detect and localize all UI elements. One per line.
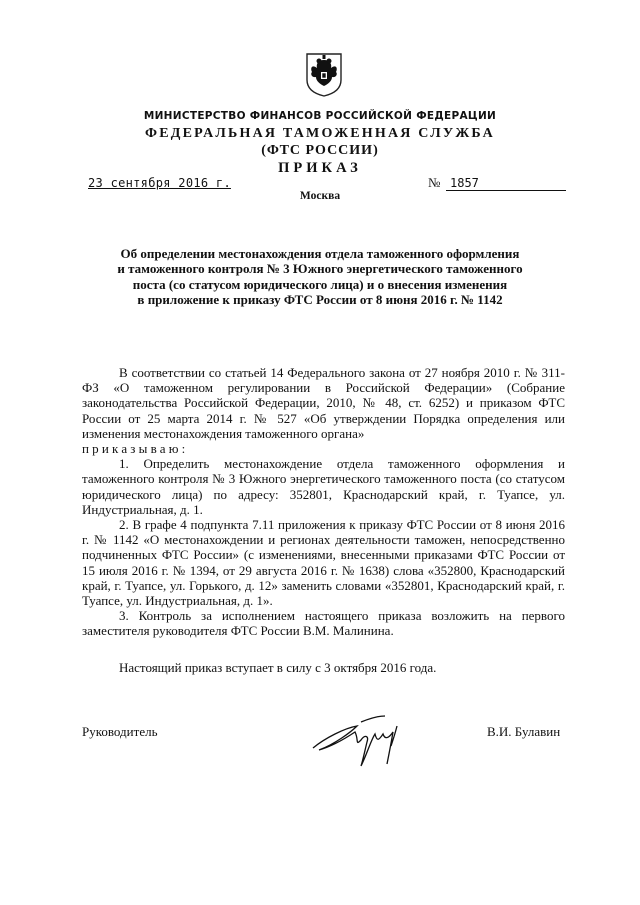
signatory-name: В.И. Булавин [487,724,560,740]
russian-coat-of-arms-icon [304,50,344,98]
document-title: Об определении местонахождения отдела та… [100,246,540,307]
order-number: 1857 [446,176,566,191]
order-item-1: 1. Определить местонахождение отдела там… [82,456,565,517]
title-line: поста (со статусом юридического лица) и … [100,277,540,292]
agency-name: ФЕДЕРАЛЬНАЯ ТАМОЖЕННАЯ СЛУЖБА [0,126,640,142]
title-line: Об определении местонахождения отдела та… [100,246,540,261]
handwritten-signature-icon [305,710,425,770]
number-label: № [428,175,440,191]
order-item-2: 2. В графе 4 подпункта 7.11 приложения к… [82,517,565,608]
order-item-3: 3. Контроль за исполнением настоящего пр… [82,608,565,638]
order-word: приказываю: [82,441,565,456]
order-date: 23 сентября 2016 г. [88,176,231,190]
document-type: ПРИКАЗ [0,160,640,177]
title-line: и таможенного контроля № 3 Южного энерге… [100,261,540,276]
title-line: в приложение к приказу ФТС России от 8 и… [100,292,540,307]
preamble: В соответствии со статьей 14 Федеральног… [82,365,565,441]
effective-date-paragraph: Настоящий приказ вступает в силу с 3 окт… [82,660,565,675]
document-body: В соответствии со статьей 14 Федеральног… [82,365,565,639]
signatory-role: Руководитель [82,724,158,740]
city: Москва [0,190,640,202]
effective-date: Настоящий приказ вступает в силу с 3 окт… [82,660,565,675]
ministry-name: МИНИСТЕРСТВО ФИНАНСОВ РОССИЙСКОЙ ФЕДЕРАЦ… [0,110,640,122]
agency-short-name: (ФТС РОССИИ) [0,143,640,159]
